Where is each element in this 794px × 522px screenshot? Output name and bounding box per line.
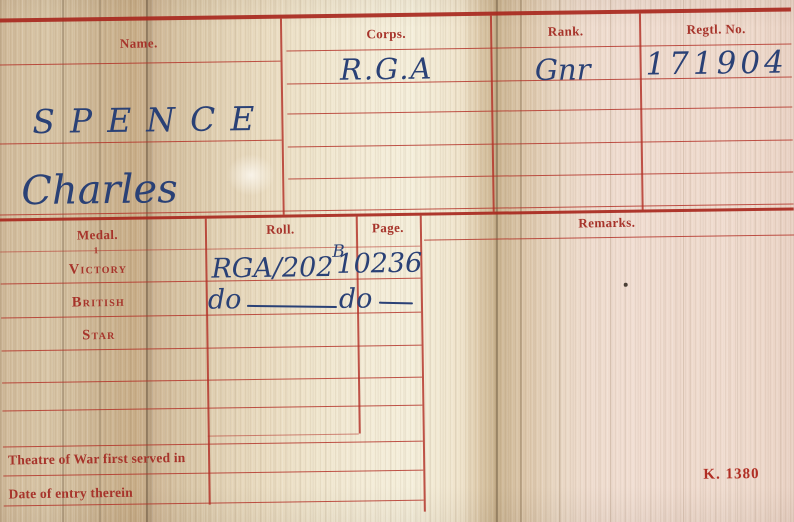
- medal-row-british-label: British: [1, 293, 196, 313]
- victory-page-handwriting: 10236: [336, 250, 422, 278]
- british-page-ditto-handwriting: do: [339, 285, 373, 312]
- victory-roll-handwriting: RGA/202B: [211, 253, 346, 283]
- ink-layer: Name. Corps. Rank. Regtl. No. Medal. 1 R…: [0, 0, 794, 522]
- surname-handwriting: SPENCE: [32, 102, 270, 138]
- rule-row-4: [288, 139, 793, 147]
- medal-row-star-label: Star: [1, 326, 196, 346]
- medal-column-header: Medal.: [0, 226, 195, 245]
- remarks-column-header: Remarks.: [420, 212, 794, 233]
- name-column-header: Name.: [0, 34, 280, 54]
- rule-theatre-top: [3, 441, 423, 448]
- forename-handwriting: Charles: [21, 169, 178, 211]
- rule-v-medal-roll: [205, 219, 211, 505]
- rank-column-header: Rank.: [492, 23, 639, 41]
- ditto-connecting-stroke: [247, 305, 337, 308]
- ink-speck: [624, 283, 628, 287]
- regtl-no-value-handwriting: 171904: [641, 47, 791, 80]
- rule-v-corps-rank: [490, 16, 495, 212]
- rule-remarks-underline: [424, 234, 794, 240]
- rule-v-rank-regtl: [639, 14, 644, 210]
- rank-value-handwriting: Gnr: [493, 55, 633, 86]
- corps-column-header: Corps.: [282, 25, 490, 44]
- form-number: K. 1380: [703, 466, 759, 484]
- rule-v-name-corps: [280, 19, 285, 215]
- rule-row-5: [288, 171, 793, 179]
- rule-roll-page-row: [208, 434, 359, 437]
- british-roll-ditto-handwriting: do: [208, 286, 242, 313]
- ditto-tail-stroke: [379, 302, 413, 305]
- rule-name-underline: [0, 61, 281, 66]
- roll-column-header: Roll.: [205, 221, 356, 239]
- rule-top: [0, 7, 791, 22]
- rule-row-3: [287, 106, 792, 114]
- victory-roll-number: RGA/202: [211, 252, 333, 285]
- theatre-of-war-label: Theatre of War first served in: [8, 450, 186, 468]
- medal-index-card: Name. Corps. Rank. Regtl. No. Medal. 1 R…: [0, 0, 794, 522]
- page-column-header: Page.: [356, 220, 420, 237]
- regtl-no-column-header: Regtl. No.: [641, 20, 791, 38]
- medal-footnote-mark: 1: [90, 245, 102, 255]
- corps-value-handwriting: R.G.A: [282, 54, 490, 86]
- date-of-entry-label: Date of entry therein: [8, 485, 133, 503]
- rule-theatre-bottom: [3, 470, 423, 477]
- medal-row-victory-label: Victory: [0, 260, 195, 280]
